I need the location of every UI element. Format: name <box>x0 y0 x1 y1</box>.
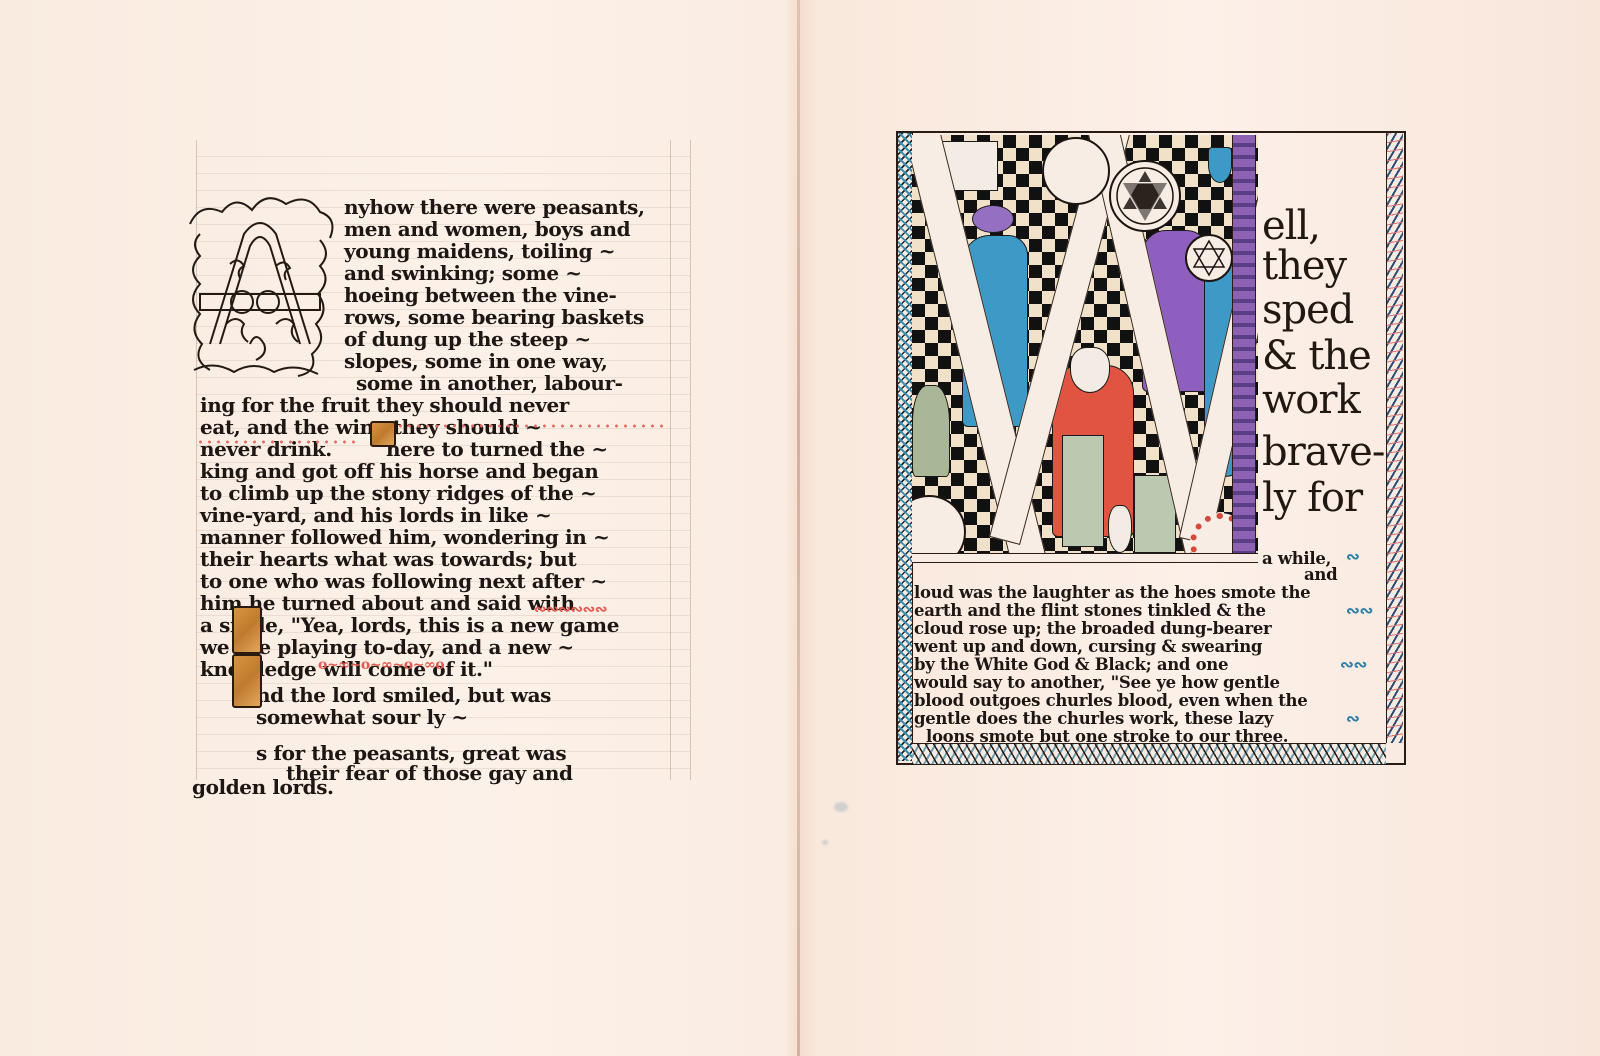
potion-flask <box>1108 505 1132 553</box>
big-word: brave- <box>1262 431 1384 473</box>
big-word: ell, <box>1262 205 1320 247</box>
ruling-margin-outer <box>690 140 691 780</box>
big-word: they <box>1262 245 1346 287</box>
text-line: vine-yard, and his lords in like ~ <box>200 504 551 526</box>
text-line: nd the lord smiled, but was <box>256 684 551 706</box>
star-medallion-icon <box>1184 233 1234 283</box>
gold-initial-t <box>370 421 396 447</box>
blue-line-filler: ∾∾ <box>1340 656 1367 674</box>
text-line: to climb up the stony ridges of the ~ <box>200 482 596 504</box>
miniature-illustration <box>912 135 1258 553</box>
plain-medallion <box>1042 137 1110 205</box>
text-line: to one who was following next after ~ <box>200 570 607 592</box>
red-line-filler: o~∞~o~∞~o~∞o <box>318 654 444 676</box>
text-line: earth and the flint stones tinkled & the <box>914 602 1266 620</box>
text-line: slopes, some in one way, <box>344 350 607 372</box>
text-line: somewhat sour ly ~ <box>256 706 468 728</box>
ruling-margin-right <box>670 140 671 780</box>
red-line-filler: ∾∾∾∾∾∾ <box>534 598 607 620</box>
red-dotted-rule <box>196 440 356 444</box>
text-line: manner followed him, wondering in ~ <box>200 526 609 548</box>
big-word: ly for <box>1262 477 1362 519</box>
wizard-beard <box>1070 347 1110 393</box>
big-word: & the <box>1262 335 1371 377</box>
big-word: work <box>1262 379 1360 421</box>
plain-medallion-bottom <box>912 495 966 553</box>
text-line: king and got off his horse and began <box>200 460 598 482</box>
text-line: hoeing between the vine- <box>344 284 616 306</box>
purple-ornament-strip <box>1232 135 1256 555</box>
text-line: would say to another, "See ye how gentle <box>914 674 1280 692</box>
page-gutter-fold <box>797 0 800 1056</box>
blue-line-filler: ∾ <box>1346 548 1360 566</box>
text-line: some in another, labour- <box>356 372 623 394</box>
text-line: loud was the laughter as the hoes smote … <box>914 584 1310 602</box>
text-line: ing for the fruit they should never <box>200 394 569 416</box>
text-line: here to turned the ~ <box>386 438 608 460</box>
text-line: rows, some bearing baskets <box>344 306 644 328</box>
text-line: young maidens, toiling ~ <box>344 240 615 262</box>
chevron-border-bottom <box>912 743 1386 764</box>
text-line: went up and down, cursing & swearing <box>914 638 1262 656</box>
ink-stain <box>822 840 828 845</box>
gold-initial-a-second <box>232 654 262 708</box>
lectern <box>1062 435 1104 547</box>
blue-line-filler: ∾∾ <box>1346 602 1373 620</box>
text-line: and <box>1304 566 1337 584</box>
text-line: men and women, boys and <box>344 218 630 240</box>
text-line: their hearts what was towards; but <box>200 548 576 570</box>
decorated-initial-a-icon <box>180 194 340 390</box>
ink-stain <box>834 802 848 812</box>
miniature-baseline-rule <box>912 553 1258 563</box>
text-line: golden lords. <box>192 776 334 798</box>
zigzag-border-left <box>898 133 913 761</box>
text-line: gentle does the churles work, these lazy <box>914 710 1273 728</box>
hatched-border-right <box>1386 133 1403 743</box>
hexagram-medallion-icon <box>1108 159 1182 233</box>
text-line: blood outgoes churles blood, even when t… <box>914 692 1307 710</box>
green-demon <box>912 385 950 477</box>
big-word: sped <box>1262 289 1353 331</box>
text-line: and swinking; some ~ <box>344 262 582 284</box>
red-dotted-rule <box>378 424 663 428</box>
blue-line-filler: ∾ <box>1346 710 1360 728</box>
gold-initial-a <box>232 606 262 654</box>
text-line: loons smote but one stroke to our three. <box>926 728 1288 746</box>
text-line: by the White God & Black; and one <box>914 656 1228 674</box>
text-line: nyhow there were peasants, <box>344 196 645 218</box>
scholar-cap-purple <box>972 205 1014 233</box>
goblet <box>1208 147 1232 183</box>
text-line: cloud rose up; the broaded dung-bearer <box>914 620 1271 638</box>
text-line: of dung up the steep ~ <box>344 328 591 350</box>
